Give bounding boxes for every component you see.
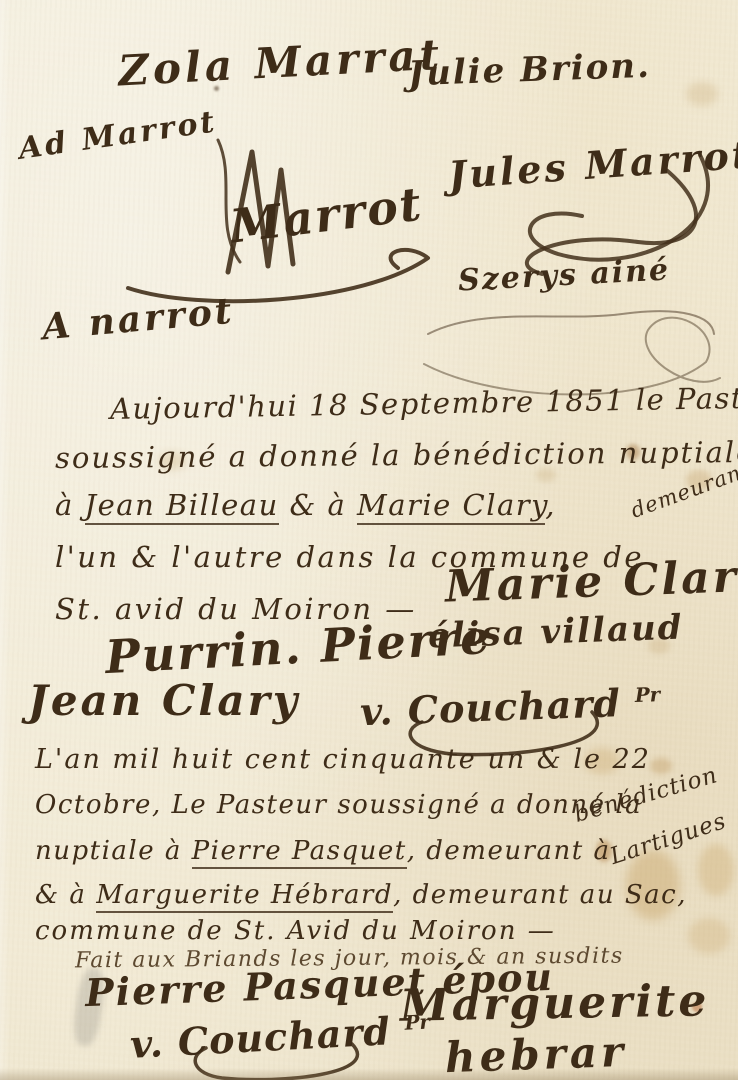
signature-marrot-large: Marrot [227,176,425,253]
entry1-line1: Aujourd'hui 18 Septembre 1851 le Pasteur [110,380,738,426]
signature-jean-clary: Jean Clary [28,676,300,725]
entry2-line1: L'an mil huit cent cinquante un & le 22 [35,744,651,775]
entry2-line2: Octobre, Le Pasteur soussigné a donné la [35,790,642,820]
entry1-line3: à Jean Billeau & à Marie Clary, [55,488,556,522]
entry2-line3-mid: , demeurant à [407,836,611,866]
entry2-line3: nuptiale à Pierre Pasquet, demeurant à [35,836,610,866]
signature-pastor-couchard-1: v. Couchard Pr [359,679,661,734]
manuscript-page: Zola Marrat Julie Brion. Ad Marrot Marro… [0,0,738,1080]
stain [698,844,734,896]
entry1-line3-comma: , [545,488,556,522]
marrot-underline-swash [128,250,428,301]
signature-marie-clary: Marie Clary [444,550,738,612]
signature-zola-marrat: Zola Marrat [117,30,444,96]
couchard-name: v. Couchard [359,680,621,734]
page-left-edge [0,0,10,1080]
bride-name-marie-clary: Marie Clary [357,488,545,525]
signature-ad-marrot: Ad Marrot [17,104,220,166]
signature-pastor-couchard-2: v. Couchard Pr [129,1006,431,1067]
entry2-line5: commune de St. Avid du Moiron — [35,916,556,946]
groom-name-jean-billeau: Jean Billeau [85,488,279,525]
groom-name-pierre-pasquet: Pierre Pasquet [192,836,407,869]
couchard-title-abbrev: Pr [404,1010,430,1035]
aine-swirl-flourish [428,311,714,334]
entry2-line4-prefix: & à [35,880,96,910]
signature-jules-marrot: Jules Marrot [447,131,738,197]
signature-a-marrot: A narrot [41,290,236,349]
stain [650,758,672,774]
signature-marguerite: Marguerite [400,975,710,1031]
entry2-line4-suffix: , demeurant au Sac, [393,880,687,910]
stain [686,82,718,106]
entry1-line3-prefix: à [55,488,85,522]
signature-julie-brion: Julie Brion. [407,46,651,94]
page-bottom-edge [0,1068,738,1080]
couchard-name: v. Couchard [129,1008,392,1067]
entry2-line4: & à Marguerite Hébrard, demeurant au Sac… [35,880,687,910]
entry1-line2: soussigné a donné la bénédiction nuptial… [55,435,738,475]
bride-name-marguerite-hebrard: Marguerite Hébrard [96,880,393,913]
signature-szerys-aine: Szerys ainé [457,252,671,298]
entry2-line3-prefix: nuptiale à [35,836,192,866]
couchard-title-abbrev: Pr [634,682,660,707]
entry1-line3-mid: & à [279,488,357,522]
stain [688,918,730,954]
